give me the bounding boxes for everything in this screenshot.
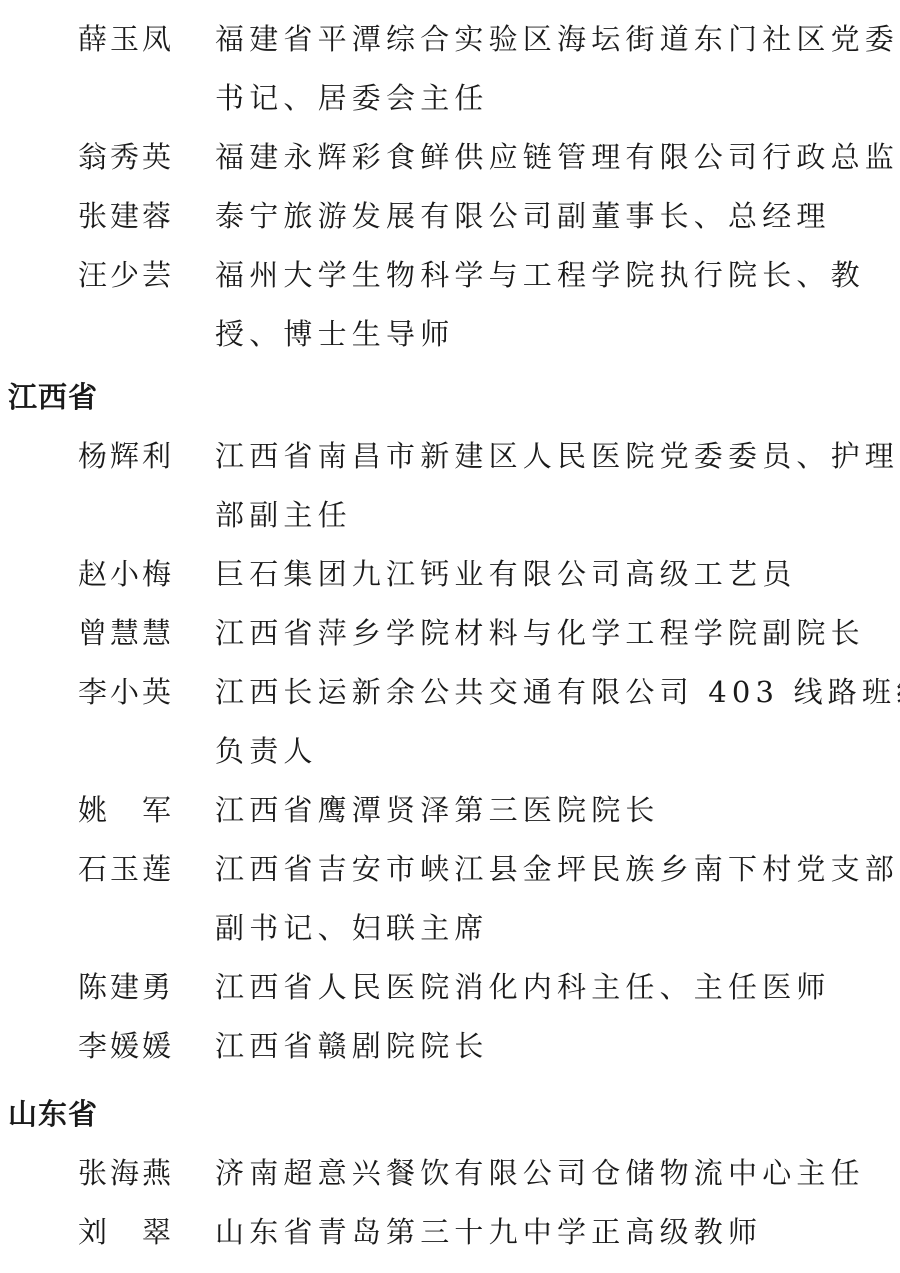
title-line: 福建省平潭综合实验区海坛街道东门社区党委 — [215, 10, 895, 69]
section-heading-shandong: 山东省 — [8, 1085, 98, 1144]
title-line: 福州大学生物科学与工程学院执行院长、教 — [215, 246, 895, 305]
person-name: 曾慧慧 — [78, 604, 178, 663]
person-name: 翁秀英 — [78, 128, 178, 187]
person-name: 石玉莲 — [78, 840, 178, 899]
title-line: 济南超意兴餐饮有限公司仓储物流中心主任 — [215, 1144, 895, 1203]
person-name: 杨辉利 — [78, 427, 178, 486]
person-name: 汪少芸 — [78, 246, 178, 305]
person-name: 张建蓉 — [78, 187, 178, 246]
title-line: 江西省萍乡学院材料与化学工程学院副院长 — [215, 604, 895, 663]
person-name: 陈建勇 — [78, 958, 178, 1017]
title-line: 江西长运新余公共交通有限公司 403 线路班组 — [215, 663, 895, 722]
title-line: 江西省鹰潭贤泽第三医院院长 — [215, 781, 895, 840]
person-name: 李媛媛 — [78, 1017, 178, 1076]
title-line: 江西省人民医院消化内科主任、主任医师 — [215, 958, 895, 1017]
person-title: 巨石集团九江钙业有限公司高级工艺员 — [215, 545, 895, 604]
person-name: 薛玉凤 — [78, 10, 178, 69]
title-line: 泰宁旅游发展有限公司副董事长、总经理 — [215, 187, 895, 246]
person-name: 张海燕 — [78, 1144, 178, 1203]
person-title: 济南超意兴餐饮有限公司仓储物流中心主任 — [215, 1144, 895, 1203]
person-title: 江西省赣剧院院长 — [215, 1017, 895, 1076]
person-title: 江西省萍乡学院材料与化学工程学院副院长 — [215, 604, 895, 663]
person-name: 姚 军 — [78, 781, 178, 840]
person-title: 福建永辉彩食鲜供应链管理有限公司行政总监 — [215, 128, 895, 187]
person-title: 山东省青岛第三十九中学正高级教师 — [215, 1203, 895, 1262]
title-line: 授、博士生导师 — [215, 305, 895, 364]
section-heading-jiangxi: 江西省 — [8, 368, 98, 427]
person-title: 福建省平潭综合实验区海坛街道东门社区党委 书记、居委会主任 — [215, 10, 895, 128]
title-line: 负责人 — [215, 722, 895, 781]
title-line: 书记、居委会主任 — [215, 69, 895, 128]
person-title: 江西省鹰潭贤泽第三医院院长 — [215, 781, 895, 840]
person-title: 江西省南昌市新建区人民医院党委委员、护理 部副主任 — [215, 427, 895, 545]
title-line: 部副主任 — [215, 486, 895, 545]
person-title: 江西长运新余公共交通有限公司 403 线路班组 负责人 — [215, 663, 895, 781]
title-line: 江西省赣剧院院长 — [215, 1017, 895, 1076]
title-line: 巨石集团九江钙业有限公司高级工艺员 — [215, 545, 895, 604]
title-line: 江西省南昌市新建区人民医院党委委员、护理 — [215, 427, 895, 486]
person-title: 泰宁旅游发展有限公司副董事长、总经理 — [215, 187, 895, 246]
title-line: 江西省吉安市峡江县金坪民族乡南下村党支部 — [215, 840, 895, 899]
title-line: 副书记、妇联主席 — [215, 899, 895, 958]
person-title: 江西省人民医院消化内科主任、主任医师 — [215, 958, 895, 1017]
person-name: 李小英 — [78, 663, 178, 722]
person-title: 福州大学生物科学与工程学院执行院长、教 授、博士生导师 — [215, 246, 895, 364]
person-title: 江西省吉安市峡江县金坪民族乡南下村党支部 副书记、妇联主席 — [215, 840, 895, 958]
person-name: 刘 翠 — [78, 1203, 178, 1262]
title-line: 山东省青岛第三十九中学正高级教师 — [215, 1203, 895, 1262]
title-line: 福建永辉彩食鲜供应链管理有限公司行政总监 — [215, 128, 895, 187]
person-name: 赵小梅 — [78, 545, 178, 604]
